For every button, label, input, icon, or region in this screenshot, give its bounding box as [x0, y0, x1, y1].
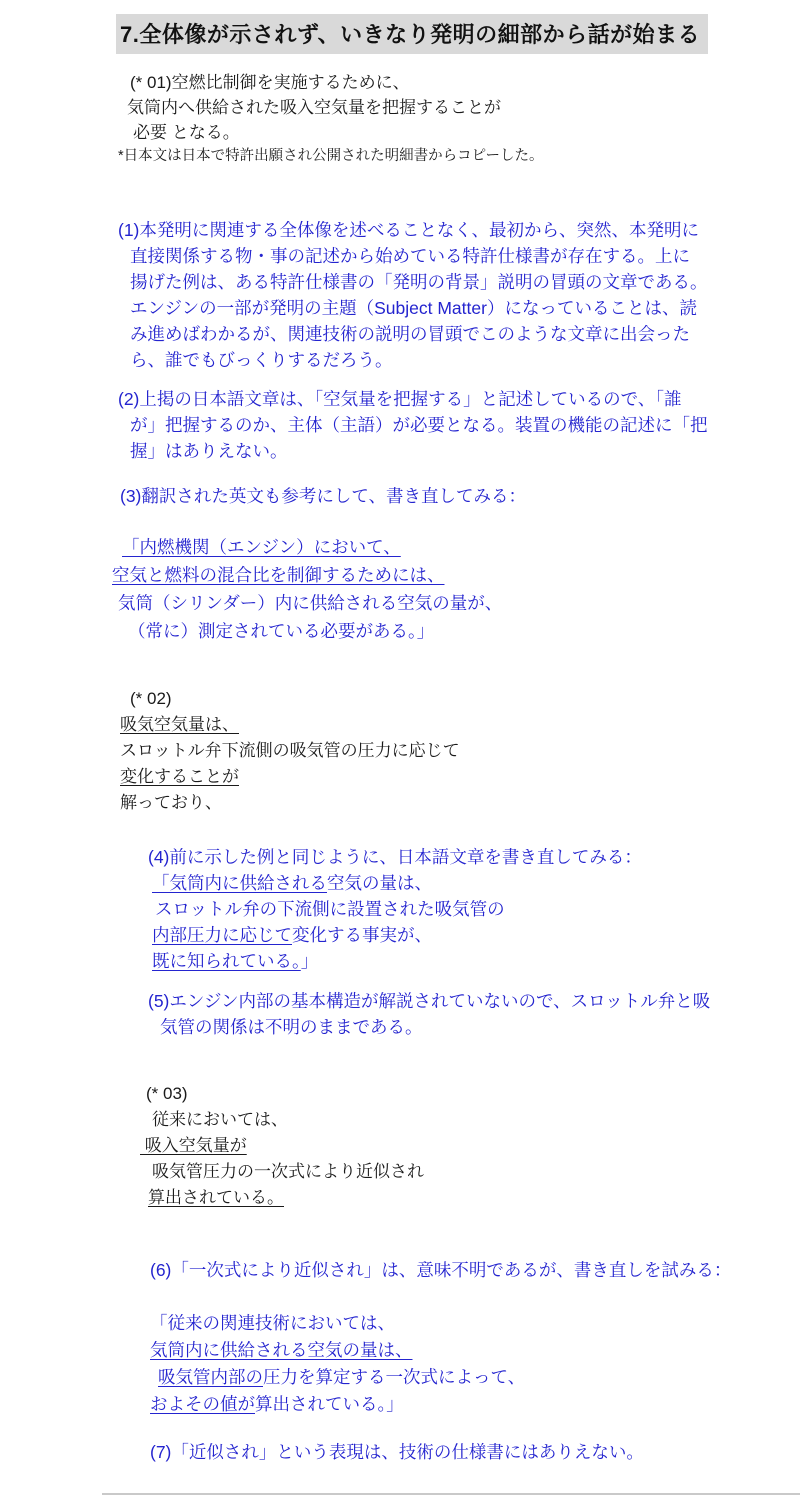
underlined-text: 「気筒内に供給される	[152, 873, 327, 893]
text: スロットル弁下流側の吸気管の圧力に応じて	[120, 741, 460, 760]
comment-2-line-2: が」把握するのか、主体（主語）が必要となる。装置の機能の記述に「把	[130, 412, 800, 438]
rewrite-quote-1: 「内燃機関（エンジン）において、空気と燃料の混合比を制御するためには、気筒（シリ…	[0, 533, 800, 645]
text: が」把握するのか、主体（主語）が必要となる。装置の機能の記述に「把	[130, 415, 708, 435]
text: 揚げた例は、ある特許仕様書の「発明の背景」説明の冒頭の文章である。	[130, 272, 708, 292]
text: 」	[301, 951, 319, 971]
text: み進めばわかるが、関連技術の説明の冒頭でこのような文章に出会った	[130, 324, 690, 344]
rewrite-quote-1-line-3: 気筒（シリンダー）内に供給される空気の量が、	[118, 589, 800, 617]
text: (* 01)空燃比制御を実施するために、	[130, 73, 410, 92]
comment-1-line-3: 揚げた例は、ある特許仕様書の「発明の背景」説明の冒頭の文章である。	[130, 269, 800, 295]
text: 気筒内へ供給された吸入空気量を把握することが	[127, 98, 501, 117]
comment-1-line-2: 直接関係する物・事の記述から始めている特許仕様書が存在する。上に	[130, 243, 800, 269]
text: スロットル弁の下流側に設置された吸気管の	[155, 899, 505, 919]
copy-note: *日本文は日本で特許出願され公開された明細書からコピーした。	[0, 146, 800, 166]
comment-1-line-1: (1)本発明に関連する全体像を述べることなく、最初から、突然、本発明に	[118, 217, 800, 243]
patent-excerpt-01-line-2: 気筒内へ供給された吸入空気量を把握することが	[127, 95, 800, 120]
underlined-text: 既に知られている。	[152, 951, 301, 971]
patent-excerpt-03-line-1: (* 03)	[146, 1081, 800, 1107]
rewrite-quote-2-line-3: 吸気管内部の圧力を算定する一次式によって、	[158, 1364, 800, 1391]
text: 握」はありえない。	[130, 441, 288, 461]
text: 空気の量は、	[327, 873, 432, 893]
patent-excerpt-02-line-3: スロットル弁下流側の吸気管の圧力に応じて	[120, 738, 800, 764]
comment-2-line-1: (2)上掲の日本語文章は、「空気量を把握する」と記述しているので、「誰	[118, 386, 800, 412]
underlined-text: およその値が	[150, 1394, 255, 1414]
rewrite-quote-2-line-1: 「従来の関連技術においては、	[150, 1310, 800, 1337]
comment-4-line-5: 既に知られている。」	[152, 948, 800, 974]
underlined-text: 算出されている。	[148, 1188, 284, 1207]
comment-4-line-3: スロットル弁の下流側に設置された吸気管の	[155, 896, 800, 922]
comment-4-line-1: (4)前に示した例と同じように、日本語文章を書き直してみる：	[148, 844, 800, 870]
text: 解っており、	[120, 793, 222, 812]
text: 直接関係する物・事の記述から始めている特許仕様書が存在する。上に	[130, 246, 690, 266]
comment-6: (6)「一次式により近似され」は、意味不明であるが、書き直しを試みる：	[0, 1257, 800, 1283]
underlined-text: 変化することが	[120, 767, 239, 786]
comment-2-line-3: 握」はありえない。	[130, 438, 800, 464]
patent-excerpt-02-line-2: 吸気空気量は、	[120, 712, 800, 738]
patent-excerpt-02-line-5: 解っており、	[120, 790, 800, 816]
text: (* 03)	[146, 1084, 188, 1103]
underlined-text: 気筒内に供給される空気の量は、	[150, 1340, 413, 1360]
comment-5: (5)エンジン内部の基本構造が解説されていないので、スロットル弁と吸気管の関係は…	[0, 988, 800, 1040]
rewrite-quote-2-line-2: 気筒内に供給される空気の量は、	[150, 1337, 800, 1364]
underlined-text: 吸気空気量は、	[120, 715, 239, 734]
text: 「従来の関連技術においては、	[150, 1313, 395, 1333]
patent-excerpt-02-line-4: 変化することが	[120, 764, 800, 790]
bottom-edge-line	[102, 1493, 800, 1495]
comment-7-line-1: (7)「近似され」という表現は、技術の仕様書にはありえない。	[150, 1439, 800, 1465]
rewrite-quote-1-line-2: 空気と燃料の混合比を制御するためには、	[112, 561, 800, 589]
text: (1)本発明に関連する全体像を述べることなく、最初から、突然、本発明に	[118, 220, 699, 240]
text: 気筒（シリンダー）内に供給される空気の量が、	[118, 593, 502, 613]
rewrite-quote-2-line-4: およその値が算出されている。」	[150, 1391, 800, 1418]
patent-excerpt-03-line-3: 吸入空気量が	[140, 1133, 800, 1159]
comment-4-line-4: 内部圧力に応じて変化する事実が、	[152, 922, 800, 948]
text: (2)上掲の日本語文章は、「空気量を把握する」と記述しているので、「誰	[118, 389, 682, 409]
rewrite-quote-1-line-1: 「内燃機関（エンジン）において、	[122, 533, 800, 561]
text: 算出されている。」	[255, 1394, 404, 1414]
underlined-text: 「内燃機関（エンジン）において、	[122, 537, 401, 557]
underlined-text: 吸入空気量が	[140, 1136, 247, 1155]
text: (* 02)	[130, 689, 172, 708]
text: (5)エンジン内部の基本構造が解説されていないので、スロットル弁と吸	[148, 991, 710, 1011]
text: 圧力を算定する一次式によって、	[263, 1367, 525, 1387]
patent-excerpt-03-line-5: 算出されている。	[148, 1185, 800, 1211]
rewrite-quote-2: 「従来の関連技術においては、気筒内に供給される空気の量は、吸気管内部の圧力を算定…	[0, 1310, 800, 1418]
text: (6)「一次式により近似され」は、意味不明であるが、書き直しを試みる：	[150, 1260, 731, 1280]
comment-6-line-1: (6)「一次式により近似され」は、意味不明であるが、書き直しを試みる：	[150, 1257, 800, 1283]
text: ら、誰でもびっくりするだろう。	[130, 350, 393, 370]
patent-excerpt-01-line-1: (* 01)空燃比制御を実施するために、	[130, 70, 800, 95]
underlined-text: 内部圧力に応じて	[152, 925, 292, 945]
comment-2: (2)上掲の日本語文章は、「空気量を把握する」と記述しているので、「誰が」把握す…	[0, 386, 800, 464]
text: (3)翻訳された英文も参考にして、書き直してみる：	[120, 486, 526, 506]
copy-note-line-1: *日本文は日本で特許出願され公開された明細書からコピーした。	[118, 146, 800, 166]
comment-1-line-6: ら、誰でもびっくりするだろう。	[130, 347, 800, 373]
comment-5-line-1: (5)エンジン内部の基本構造が解説されていないので、スロットル弁と吸	[148, 988, 800, 1014]
comment-1: (1)本発明に関連する全体像を述べることなく、最初から、突然、本発明に直接関係す…	[0, 217, 800, 373]
text: (4)前に示した例と同じように、日本語文章を書き直してみる：	[148, 847, 642, 867]
underlined-text: 吸気管内部の	[158, 1367, 263, 1387]
comment-5-line-2: 気管の関係は不明のままである。	[160, 1014, 800, 1040]
comment-1-line-4: エンジンの一部が発明の主題（Subject Matter）になっていることは、読	[130, 295, 800, 321]
comment-1-line-5: み進めばわかるが、関連技術の説明の冒頭でこのような文章に出会った	[130, 321, 800, 347]
text: 従来においては、	[152, 1110, 288, 1129]
comment-4-line-2: 「気筒内に供給される空気の量は、	[152, 870, 800, 896]
patent-excerpt-02: (* 02)吸気空気量は、スロットル弁下流側の吸気管の圧力に応じて変化することが…	[0, 686, 800, 816]
patent-excerpt-02-line-1: (* 02)	[130, 686, 800, 712]
patent-excerpt-03-line-2: 従来においては、	[152, 1107, 800, 1133]
patent-excerpt-03-line-4: 吸気管圧力の一次式により近似され	[152, 1159, 800, 1185]
patent-excerpt-03: (* 03)従来においては、 吸入空気量が吸気管圧力の一次式により近似され算出さ…	[0, 1081, 800, 1211]
rewrite-quote-1-line-4: （常に）測定されている必要がある。」	[128, 617, 800, 645]
text: 吸気管圧力の一次式により近似され	[152, 1162, 424, 1181]
text: （常に）測定されている必要がある。」	[128, 621, 434, 641]
comment-3-line-1: (3)翻訳された英文も参考にして、書き直してみる：	[120, 483, 800, 509]
comment-7: (7)「近似され」という表現は、技術の仕様書にはありえない。	[0, 1439, 800, 1465]
text: 必要 となる。	[133, 123, 240, 142]
text: *日本文は日本で特許出願され公開された明細書からコピーした。	[118, 148, 544, 164]
patent-excerpt-01: (* 01)空燃比制御を実施するために、気筒内へ供給された吸入空気量を把握するこ…	[0, 70, 800, 145]
page-title: 7.全体像が示されず、いきなり発明の細部から話が始まる	[116, 14, 708, 54]
text: エンジンの一部が発明の主題（Subject Matter）になっていることは、読	[130, 298, 697, 318]
comment-4: (4)前に示した例と同じように、日本語文章を書き直してみる：「気筒内に供給される…	[0, 844, 800, 974]
text: 変化する事実が、	[292, 925, 432, 945]
comment-3: (3)翻訳された英文も参考にして、書き直してみる：	[0, 483, 800, 509]
text: 気管の関係は不明のままである。	[160, 1017, 423, 1037]
underlined-text: 空気と燃料の混合比を制御するためには、	[112, 565, 445, 585]
patent-excerpt-01-line-3: 必要 となる。	[133, 120, 800, 145]
text: (7)「近似され」という表現は、技術の仕様書にはありえない。	[150, 1442, 644, 1462]
